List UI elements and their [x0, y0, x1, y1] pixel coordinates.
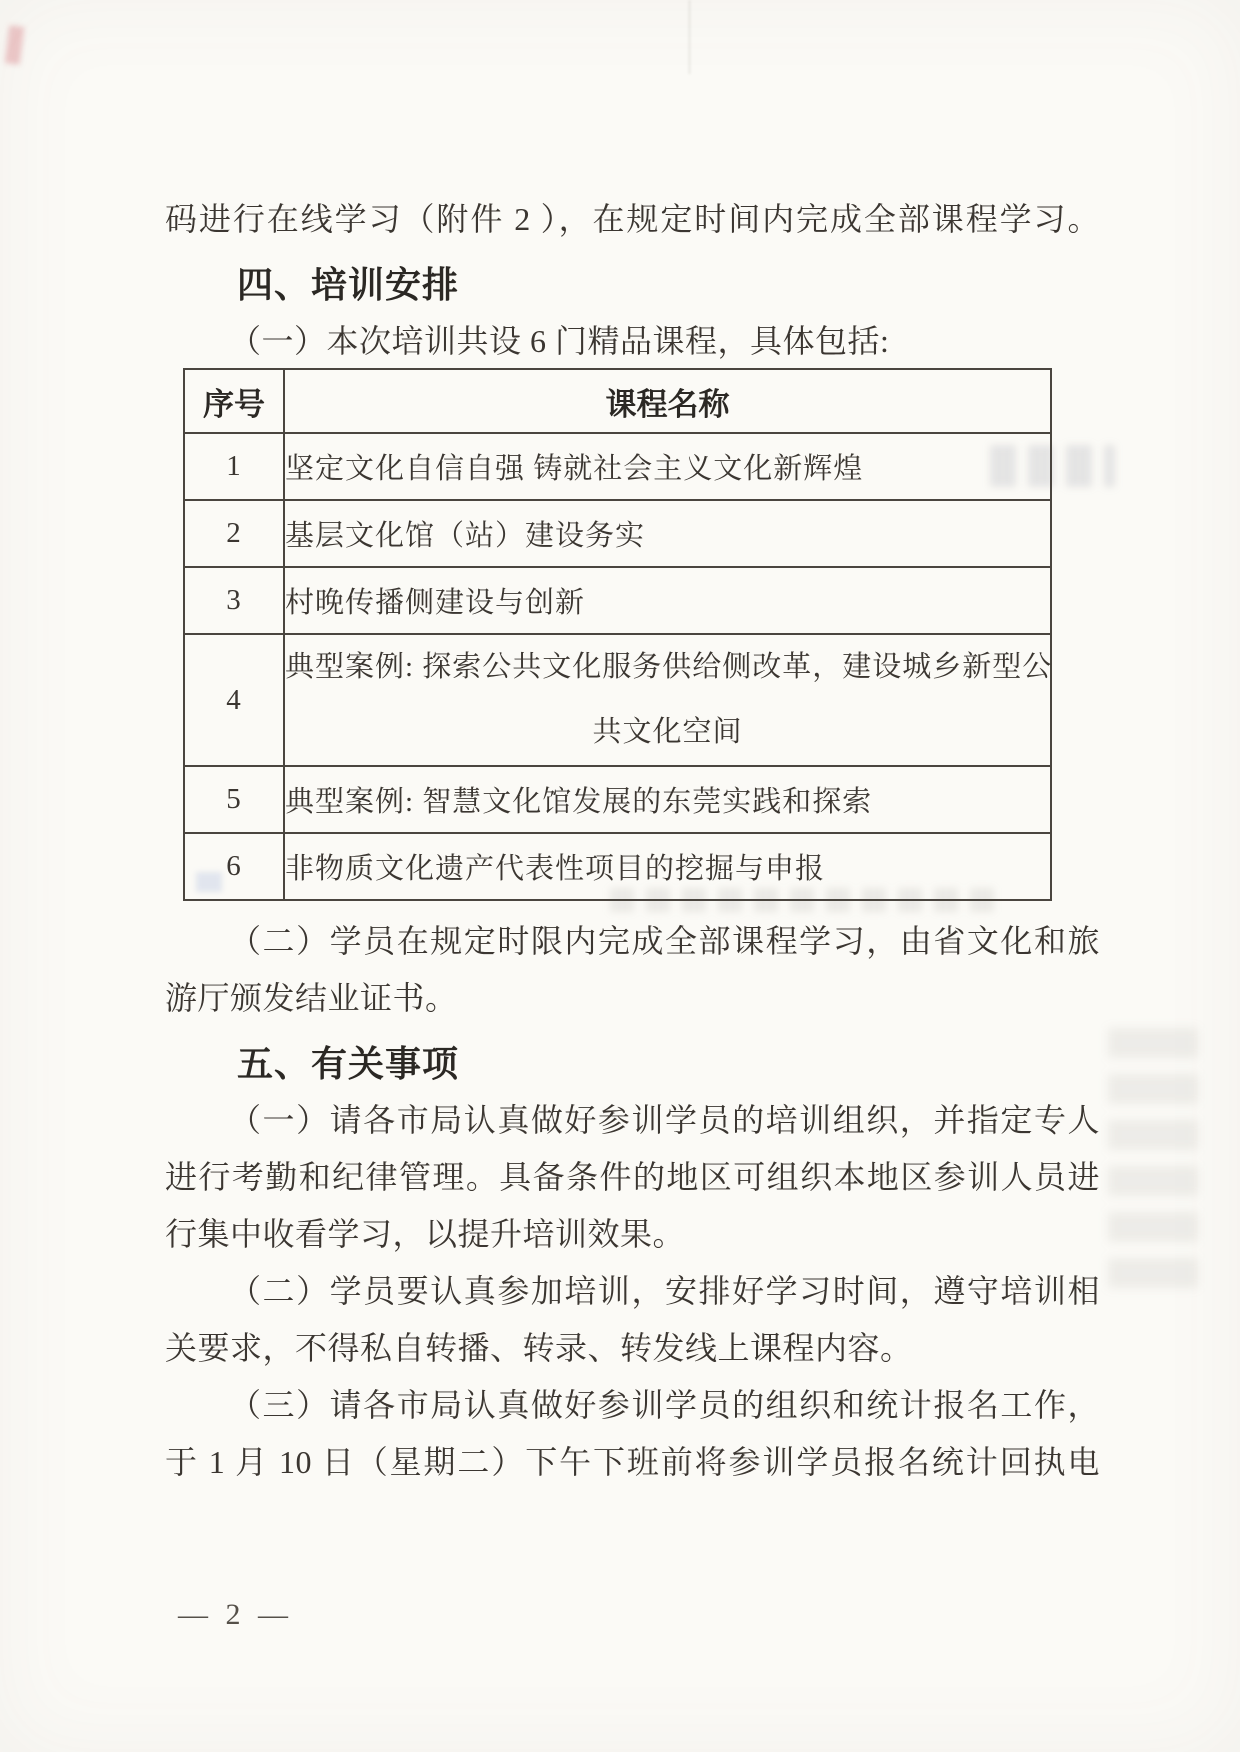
table-row-2: 2 基层文化馆（站）建设务实: [184, 500, 1051, 567]
course-name: 非物质文化遗产代表性项目的挖掘与申报: [284, 833, 1051, 900]
carryover-line: 码进行在线学习（附件 2 ），在规定时间内完成全部课程学习。: [165, 191, 1100, 248]
column-header-number: 序号: [184, 369, 284, 433]
table-row-3: 3 村晚传播侧建设与创新: [184, 567, 1051, 634]
section-4-heading: 四、培训安排: [165, 256, 1100, 313]
section-5-item-3-line-1: （三）请各市局认真做好参训学员的组织和统计报名工作，: [165, 1377, 1100, 1434]
section-5-item-2-line-2: 关要求，不得私自转播、转录、转发线上课程内容。: [165, 1320, 1100, 1377]
course-number: 2: [184, 500, 284, 567]
section-4-item-2-line-1: （二）学员在规定时限内完成全部课程学习，由省文化和旅: [165, 913, 1100, 970]
page-number: — 2 —: [178, 1598, 293, 1632]
course-name: 典型案例: 智慧文化馆发展的东莞实践和探索: [284, 766, 1051, 833]
course-number: 5: [184, 766, 284, 833]
table-row-5: 5 典型案例: 智慧文化馆发展的东莞实践和探索: [184, 766, 1051, 833]
section-5-item-1-line-3: 行集中收看学习，以提升培训效果。: [165, 1206, 1100, 1263]
scan-artifact-ghost-text: [1108, 1028, 1198, 1288]
section-4-intro-line: （一）本次培训共设 6 门精品课程，具体包括:: [165, 313, 1100, 370]
column-header-course-name: 课程名称: [284, 369, 1051, 433]
course-name: 村晚传播侧建设与创新: [284, 567, 1051, 634]
course-name-line-2: 共文化空间: [285, 700, 1050, 765]
table-row-1: 1 坚定文化自信自强 铸就社会主义文化新辉煌: [184, 433, 1051, 500]
section-4-item-2-line-2: 游厅颁发结业证书。: [165, 970, 1100, 1027]
table-row-4: 4 典型案例: 探索公共文化服务供给侧改革，建设城乡新型公 共文化空间: [184, 634, 1051, 766]
section-5-item-1-line-2: 进行考勤和纪律管理。具备条件的地区可组织本地区参训人员进: [165, 1149, 1100, 1206]
course-number: 3: [184, 567, 284, 634]
course-name: 典型案例: 探索公共文化服务供给侧改革，建设城乡新型公 共文化空间: [284, 634, 1051, 766]
scanned-document-page: 码进行在线学习（附件 2 ），在规定时间内完成全部课程学习。 四、培训安排 （一…: [0, 0, 1240, 1752]
course-name-line-1: 典型案例: 探索公共文化服务供给侧改革，建设城乡新型公: [285, 635, 1050, 700]
section-5-heading: 五、有关事项: [165, 1035, 1100, 1092]
table-row-6: 6 非物质文化遗产代表性项目的挖掘与申报: [184, 833, 1051, 900]
document-body: 码进行在线学习（附件 2 ），在规定时间内完成全部课程学习。 四、培训安排 （一…: [165, 0, 1100, 1491]
course-table-header-row: 序号 课程名称: [184, 369, 1051, 433]
scan-artifact-red-mark: [5, 25, 25, 65]
section-5-item-3-line-2: 于 1 月 10 日（星期二）下午下班前将参训学员报名统计回执电: [165, 1434, 1100, 1491]
course-number: 4: [184, 634, 284, 766]
course-number: 1: [184, 433, 284, 500]
course-name: 坚定文化自信自强 铸就社会主义文化新辉煌: [284, 433, 1051, 500]
course-name: 基层文化馆（站）建设务实: [284, 500, 1051, 567]
course-number: 6: [184, 833, 284, 900]
section-5-item-1-line-1: （一）请各市局认真做好参训学员的培训组织，并指定专人: [165, 1092, 1100, 1149]
section-5-item-2-line-1: （二）学员要认真参加培训，安排好学习时间，遵守培训相: [165, 1263, 1100, 1320]
course-table: 序号 课程名称 1 坚定文化自信自强 铸就社会主义文化新辉煌 2 基层文化馆（站…: [183, 368, 1052, 901]
